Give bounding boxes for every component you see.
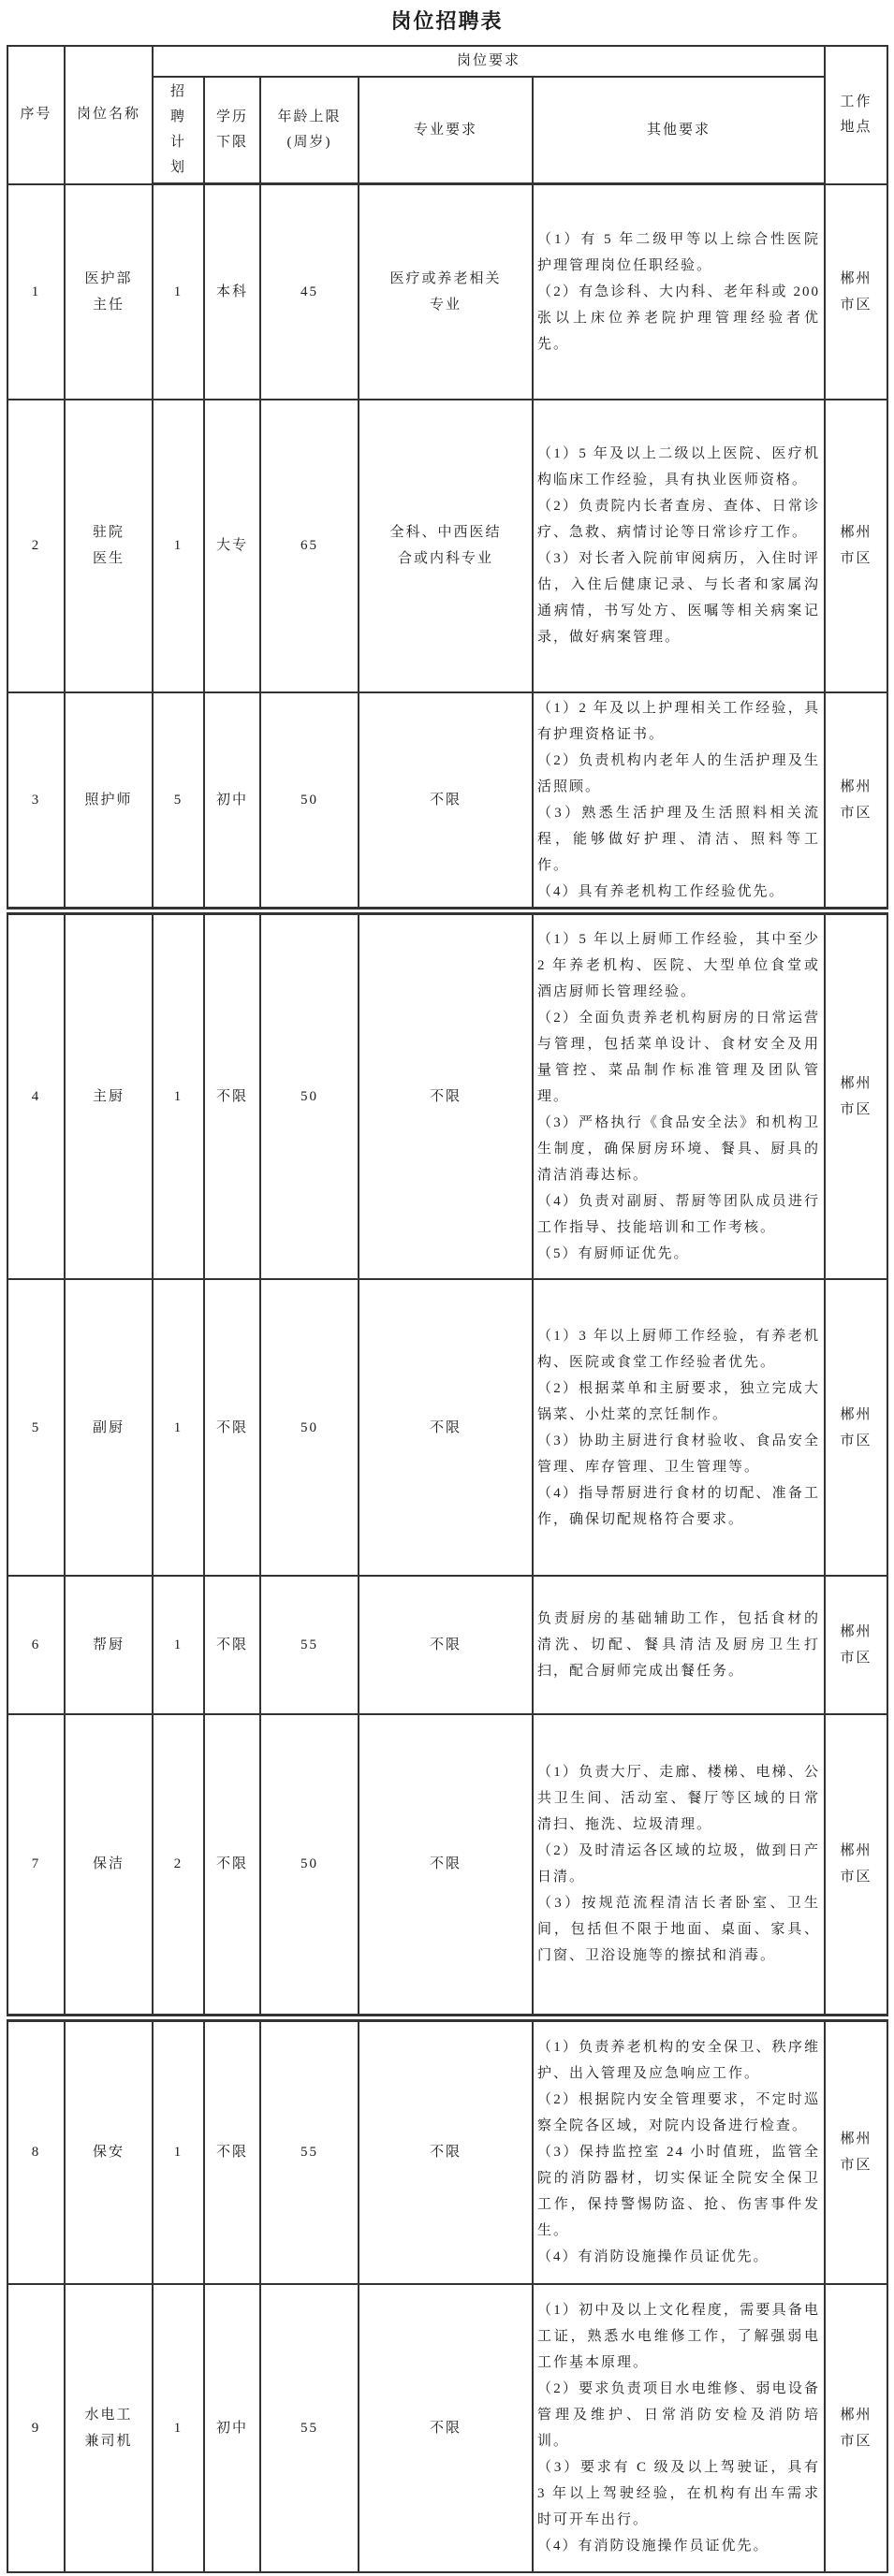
page-title: 岗位招聘表 [0,7,894,36]
header-position: 岗位名称 [65,46,153,184]
cell-other-requirements: （1）有 5 年二级甲等以上综合性医院护理管理岗位任职经验。 （2）有急诊科、大… [533,184,825,400]
cell-education: 大专 [204,400,260,692]
cell-education: 不限 [204,1576,260,1714]
cell-plan: 2 [153,1714,204,2017]
table-row: 4 主厨 1 不限 50 不限 （1）5 年以上厨师工作经验，其中至少 2 年养… [7,910,887,1279]
cell-education: 不限 [204,1279,260,1576]
cell-location: 郴州 市区 [825,692,887,911]
cell-other-requirements: （1）负责大厅、走廊、楼梯、电梯、公共卫生间、活动室、餐厅等区域的日常清扫、拖洗… [533,1714,825,2017]
table-row: 7 保洁 2 不限 50 不限 （1）负责大厅、走廊、楼梯、电梯、公共卫生间、活… [7,1714,887,2017]
header-seq: 序号 [7,46,65,184]
cell-plan: 1 [153,1576,204,1714]
cell-plan: 1 [153,2017,204,2284]
table-row: 5 副厨 1 不限 50 不限 （1）3 年以上厨师工作经验，有养老机构、医院或… [7,1279,887,1576]
cell-age: 45 [260,184,359,400]
cell-plan: 1 [153,1279,204,1576]
cell-education: 不限 [204,1714,260,2017]
cell-major: 不限 [359,910,533,1279]
cell-age: 55 [260,1576,359,1714]
cell-seq: 2 [7,400,65,692]
cell-other-requirements: （1）5 年及以上二级以上医院、医疗机构临床工作经验，具有执业医师资格。 （2）… [533,400,825,692]
cell-age: 50 [260,1279,359,1576]
header-other: 其他要求 [533,77,825,184]
cell-major: 医疗或养老相关 专业 [359,184,533,400]
cell-location: 郴州 市区 [825,1714,887,2017]
cell-position: 保洁 [65,1714,153,2017]
cell-seq: 8 [7,2017,65,2284]
cell-location: 郴州 市区 [825,1576,887,1714]
cell-location: 郴州 市区 [825,910,887,1279]
cell-seq: 4 [7,910,65,1279]
cell-position: 驻院 医生 [65,400,153,692]
header-plan: 招 聘 计 划 [153,77,204,184]
cell-seq: 3 [7,692,65,911]
table-row: 8 保安 1 不限 55 不限 （1）负责养老机构的安全保卫、秩序维护、出入管理… [7,2017,887,2284]
cell-major: 不限 [359,2017,533,2284]
cell-education: 不限 [204,2017,260,2284]
cell-education: 初中 [204,692,260,911]
cell-other-requirements: （1）2 年及以上护理相关工作经验，具有护理资格证书。 （2）负责机构内老年人的… [533,692,825,911]
cell-education: 本科 [204,184,260,400]
cell-major: 不限 [359,1279,533,1576]
cell-position: 保安 [65,2017,153,2284]
cell-age: 50 [260,692,359,911]
cell-plan: 1 [153,184,204,400]
cell-location: 郴州 市区 [825,1279,887,1576]
cell-location: 郴州 市区 [825,400,887,692]
cell-seq: 1 [7,184,65,400]
cell-major: 不限 [359,1714,533,2017]
document-page: 岗位招聘表 序号 岗位名称 岗位要求 工作 地点 招 聘 计 划 学历 下限 年… [0,0,894,2576]
header-education: 学历 下限 [204,77,260,184]
cell-other-requirements: （1）初中及以上文化程度，需要具备电工证，熟悉水电维修工作，了解强弱电工作基本原… [533,2284,825,2572]
cell-age: 55 [260,2017,359,2284]
cell-education: 不限 [204,910,260,1279]
header-age: 年龄上限 (周岁) [260,77,359,184]
cell-plan: 5 [153,692,204,911]
cell-position: 副厨 [65,1279,153,1576]
cell-age: 65 [260,400,359,692]
cell-location: 郴州 市区 [825,2017,887,2284]
recruitment-table: 序号 岗位名称 岗位要求 工作 地点 招 聘 计 划 学历 下限 年龄上限 (周… [7,45,888,2573]
header-major: 专业要求 [359,77,533,184]
cell-other-requirements: （1）负责养老机构的安全保卫、秩序维护、出入管理及应急响应工作。 （2）根据院内… [533,2017,825,2284]
cell-seq: 6 [7,1576,65,1714]
cell-seq: 9 [7,2284,65,2572]
cell-seq: 5 [7,1279,65,1576]
table-row: 3 照护师 5 初中 50 不限 （1）2 年及以上护理相关工作经验，具有护理资… [7,692,887,911]
table-row: 9 水电工 兼司机 1 初中 55 不限 （1）初中及以上文化程度，需要具备电工… [7,2284,887,2572]
cell-location: 郴州 市区 [825,2284,887,2572]
cell-age: 50 [260,1714,359,2017]
cell-position: 医护部 主任 [65,184,153,400]
cell-plan: 1 [153,2284,204,2572]
cell-other-requirements: 负责厨房的基础辅助工作，包括食材的清洗、切配、餐具清洁及厨房卫生打扫，配合厨师完… [533,1576,825,1714]
cell-position: 帮厨 [65,1576,153,1714]
cell-seq: 7 [7,1714,65,2017]
table-row: 1 医护部 主任 1 本科 45 医疗或养老相关 专业 （1）有 5 年二级甲等… [7,184,887,400]
header-row-group: 序号 岗位名称 岗位要求 工作 地点 [7,46,887,77]
cell-major: 不限 [359,692,533,911]
table-row: 2 驻院 医生 1 大专 65 全科、中西医结 合或内科专业 （1）5 年及以上… [7,400,887,692]
table-row: 6 帮厨 1 不限 55 不限 负责厨房的基础辅助工作，包括食材的清洗、切配、餐… [7,1576,887,1714]
cell-plan: 1 [153,910,204,1279]
cell-other-requirements: （1）3 年以上厨师工作经验，有养老机构、医院或食堂工作经验者优先。 （2）根据… [533,1279,825,1576]
header-location: 工作 地点 [825,46,887,184]
cell-position: 水电工 兼司机 [65,2284,153,2572]
cell-major: 不限 [359,2284,533,2572]
cell-other-requirements: （1）5 年以上厨师工作经验，其中至少 2 年养老机构、医院、大型单位食堂或酒店… [533,910,825,1279]
cell-age: 50 [260,910,359,1279]
cell-position: 主厨 [65,910,153,1279]
cell-plan: 1 [153,400,204,692]
cell-major: 全科、中西医结 合或内科专业 [359,400,533,692]
cell-education: 初中 [204,2284,260,2572]
header-requirements-group: 岗位要求 [153,46,825,77]
cell-location: 郴州 市区 [825,184,887,400]
cell-major: 不限 [359,1576,533,1714]
cell-age: 55 [260,2284,359,2572]
cell-position: 照护师 [65,692,153,911]
